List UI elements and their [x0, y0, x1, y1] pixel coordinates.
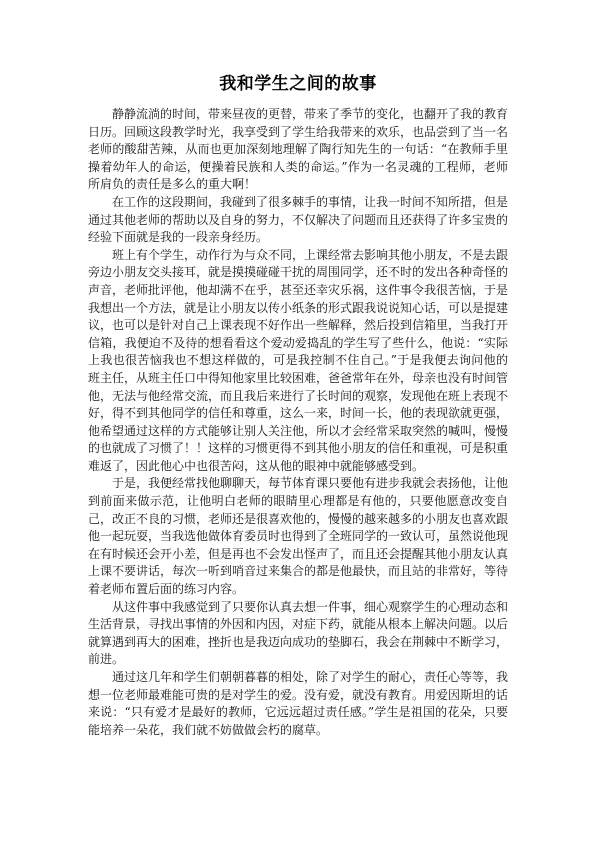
- paragraph-3: 班上有个学生，动作行为与众不同，上课经常去影响其他小朋友，不是去跟旁边小朋友交头…: [88, 247, 508, 476]
- document-title: 我和学生之间的故事: [88, 72, 508, 96]
- document-body: 静静流淌的时间，带来昼夜的更替，带来了季节的变化，也翻开了我的教育日历。回顾这段…: [88, 106, 508, 739]
- document-page: 我和学生之间的故事 静静流淌的时间，带来昼夜的更替，带来了季节的变化，也翻开了我…: [0, 0, 595, 842]
- paragraph-2: 在工作的这段期间，我碰到了很多棘手的事情，让我一时间不知所措，但是通过其他老师的…: [88, 194, 508, 247]
- paragraph-5: 从这件事中我感觉到了只要你认真去想一件事，细心观察学生的心理动态和生活背景，寻找…: [88, 599, 508, 669]
- paragraph-4: 于是，我便经常找他聊聊天，每节体育课只要他有进步我就会表扬他，让他到前面来做示范…: [88, 475, 508, 598]
- paragraph-1: 静静流淌的时间，带来昼夜的更替，带来了季节的变化，也翻开了我的教育日历。回顾这段…: [88, 106, 508, 194]
- paragraph-6: 通过这几年和学生们朝朝暮暮的相处，除了对学生的耐心，责任心等等，我想一位老师最难…: [88, 669, 508, 739]
